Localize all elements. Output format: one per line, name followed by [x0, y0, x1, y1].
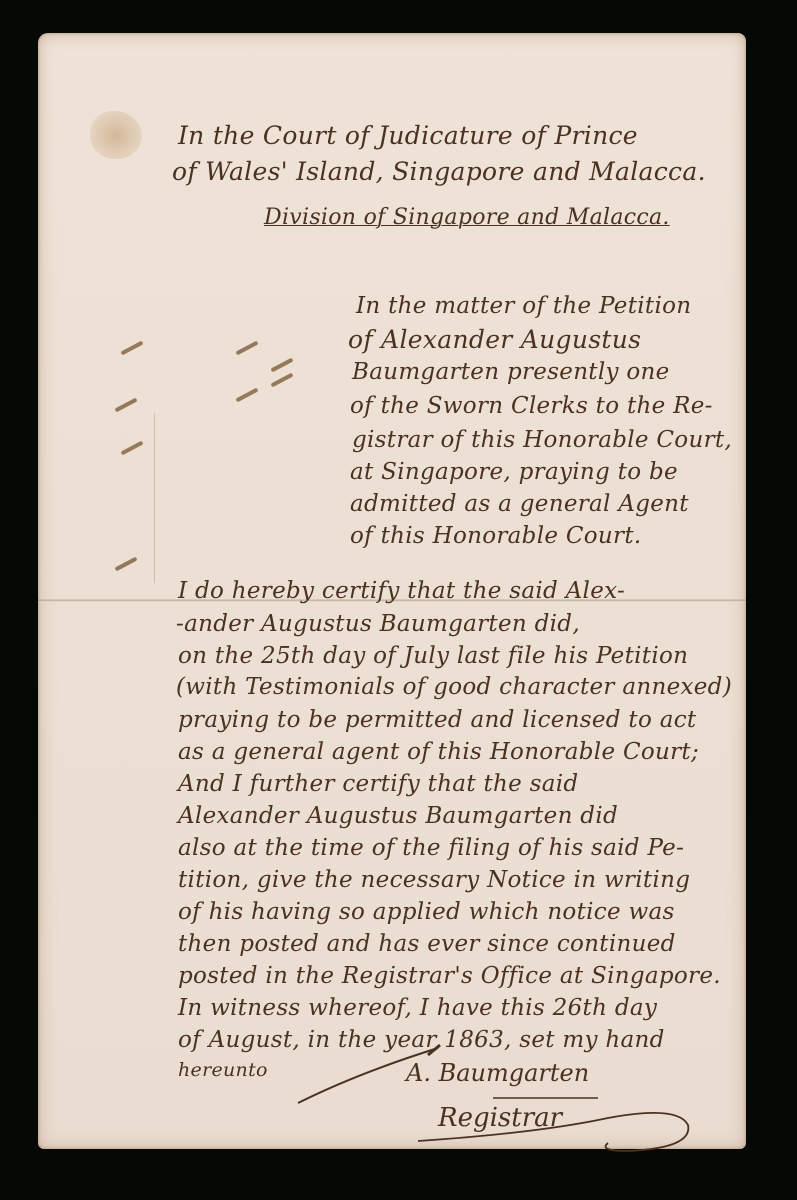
document-page: In the Court of Judicature of Prince of … — [38, 33, 746, 1149]
body-line: I do hereby certify that the said Alex- — [178, 580, 625, 603]
body-line: of his having so applied which notice wa… — [178, 901, 675, 924]
ink-mark — [114, 398, 137, 413]
ink-mark — [270, 373, 293, 388]
margin-rule — [154, 413, 155, 583]
body-line: In witness whereof, I have this 26th day — [178, 997, 657, 1020]
body-line: praying to be permitted and licensed to … — [178, 709, 696, 732]
body-line: Alexander Augustus Baumgarten did — [178, 805, 618, 828]
body-line: tition, give the necessary Notice in wri… — [178, 869, 690, 892]
heading-division: Division of Singapore and Malacca. — [264, 207, 670, 229]
matter-line: In the matter of the Petition — [356, 295, 691, 318]
matter-line: of the Sworn Clerks to the Re- — [350, 395, 713, 418]
ink-mark — [120, 441, 143, 456]
body-line: also at the time of the filing of his sa… — [178, 837, 684, 860]
heading-line: In the Court of Judicature of Prince — [178, 123, 638, 148]
signature-title: Registrar — [438, 1103, 562, 1133]
matter-line: Baumgarten presently one — [352, 361, 670, 384]
body-line: posted in the Registrar's Office at Sing… — [178, 965, 721, 988]
heading-line: of Wales' Island, Singapore and Malacca. — [172, 159, 706, 184]
body-line: -ander Augustus Baumgarten did, — [176, 613, 580, 636]
ink-mark — [114, 557, 137, 572]
body-line: And I further certify that the said — [178, 773, 578, 796]
ink-mark — [120, 341, 143, 356]
matter-line: of this Honorable Court. — [350, 525, 641, 548]
matter-line: admitted as a general Agent — [350, 493, 689, 516]
matter-line: of Alexander Augustus — [348, 327, 641, 352]
body-line: hereunto — [178, 1061, 268, 1080]
body-line: on the 25th day of July last file his Pe… — [178, 645, 688, 668]
ink-mark — [235, 388, 258, 403]
water-stain — [90, 111, 142, 159]
signature-name: A. Baumgarten — [406, 1059, 589, 1087]
body-line: as a general agent of this Honorable Cou… — [178, 741, 699, 764]
ink-mark — [270, 358, 293, 373]
matter-line: at Singapore, praying to be — [350, 461, 678, 484]
body-line: then posted and has ever since continued — [178, 933, 676, 956]
matter-line: gistrar of this Honorable Court, — [352, 429, 732, 452]
body-line: (with Testimonials of good character ann… — [176, 676, 732, 699]
ink-mark — [235, 341, 258, 356]
